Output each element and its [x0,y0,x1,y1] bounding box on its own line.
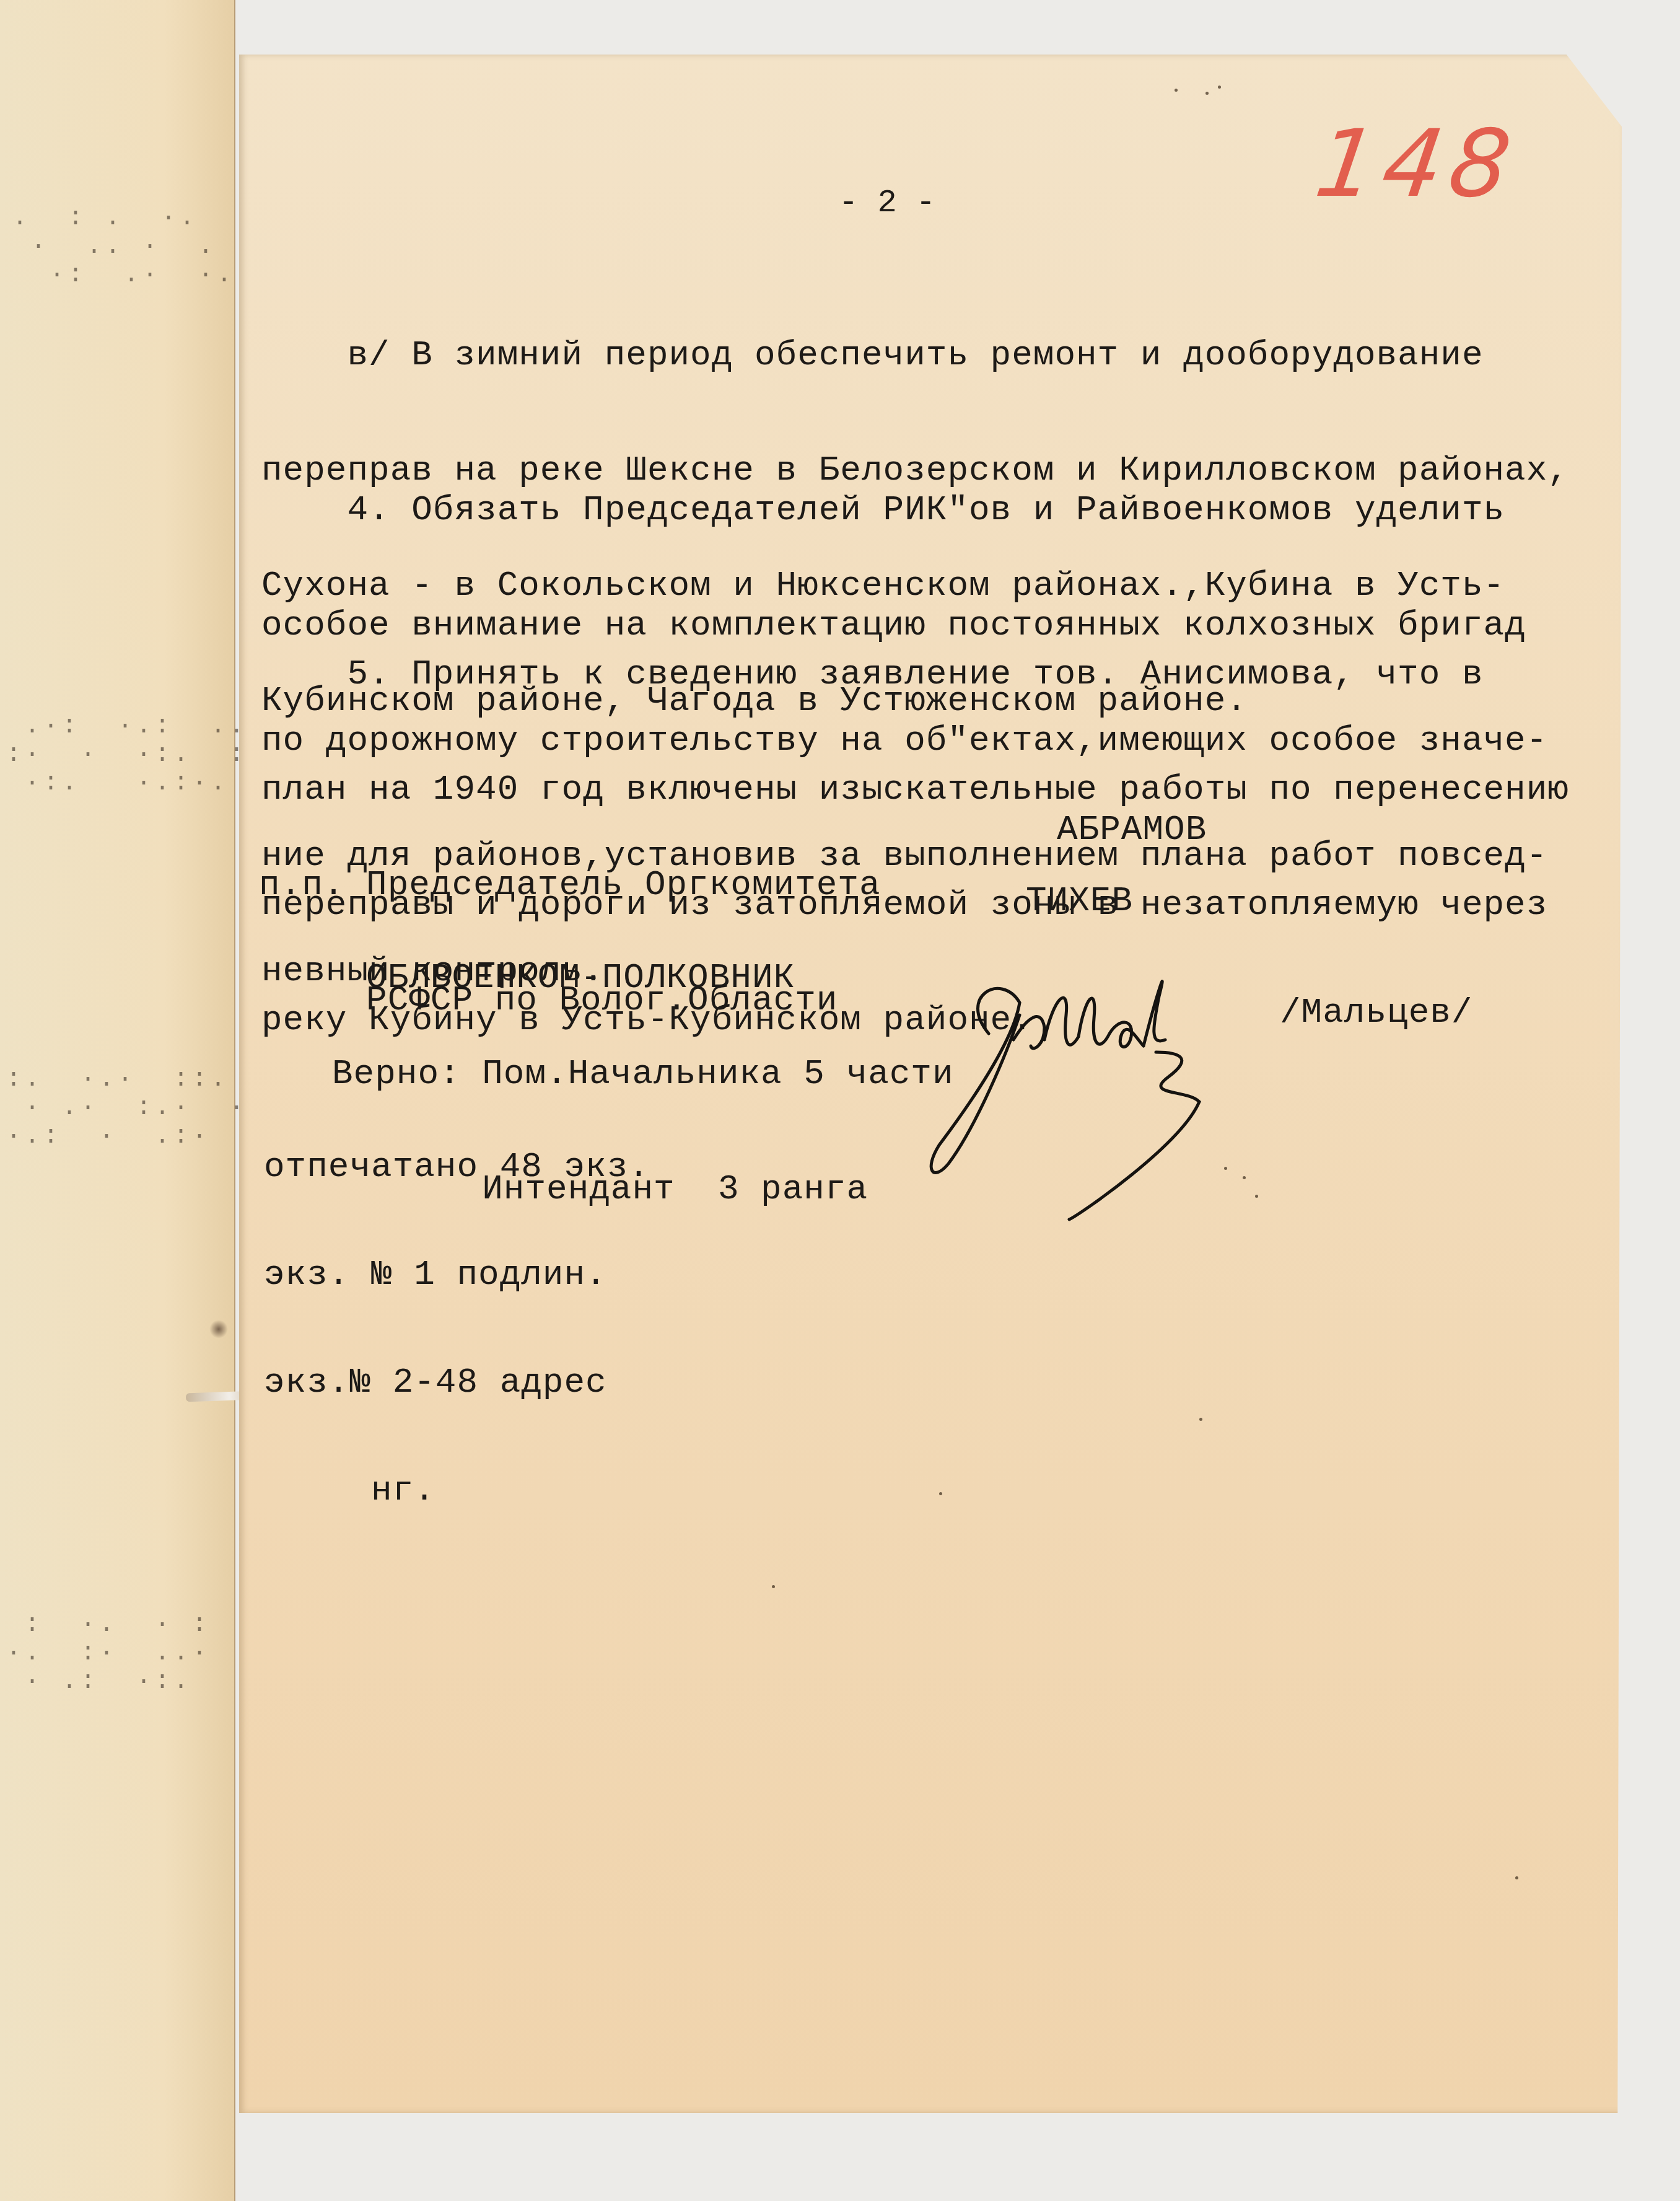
bleed-through-text: .·: ·.: .. :· · ·:. : ·:. ·.:·. [6,713,248,798]
text-line: 5. Принять к сведению заявление тов. Ани… [261,655,1593,693]
distribution-list: отпечатано 48 экз. экз. № 1 подлин. экз.… [264,1077,650,1580]
text-line: отпечатано 48 экз. [264,1149,650,1185]
text-line: 4. Обязать Председателей РИК"ов и Райвое… [261,491,1593,529]
paper-speck [1255,1195,1258,1198]
paper-speck [1218,86,1221,89]
certifier-name: /Мальцев/ [1280,993,1472,1032]
paper-speck [1205,92,1209,95]
bleed-through-text: :. ·.· ::. · .· :.· · ·.: · .:· [6,1066,248,1151]
left-page-edge: . : . ·. : · .. · . ·: .· ·. .·: ·.: .. … [0,0,235,2201]
paper-speck [939,1492,942,1495]
paper-speck [1175,89,1178,92]
bleed-through-text: : ·. · : ·. :· ..· · .: ·:. [6,1611,211,1697]
paper-speck [1199,1418,1202,1421]
signatory-name-tikhev: ТИХЕВ [1026,882,1133,920]
bleed-through-text: . : . ·. : · .. · . ·: .· ·. [12,204,254,290]
handwritten-signature [921,959,1218,1226]
paper-speck [1224,1167,1227,1170]
text-line: в/ В зимний период обеспечить ремонт и д… [261,336,1593,374]
paper-speck [772,1585,775,1588]
binding-stitch [209,1320,228,1338]
document-page: 148 - 2 - в/ В зимний период обеспечить … [239,55,1622,2113]
text-line: нг. [264,1472,650,1508]
text-line: экз. № 1 подлин. [264,1257,650,1293]
signatory-name-abramov: АБРАМОВ [1057,811,1207,849]
page-number: - 2 - [239,185,1622,221]
paper-speck [1243,1176,1246,1179]
text-line: экз.№ 2-48 адрес [264,1364,650,1400]
paper-speck [1515,1876,1518,1879]
